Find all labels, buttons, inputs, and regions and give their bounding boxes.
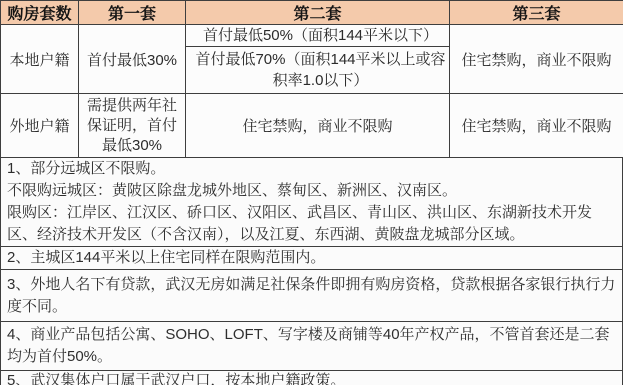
local-residence-label: 本地户籍 [1,25,79,94]
note-2-text: 2、主城区144平米以上住宅同样在限购范围内。 [7,247,325,269]
note-row-1: 1、部分远城区不限购。 不限购远城区：黄陂区除盘龙城外地区、蔡甸区、新洲区、汉南… [0,158,623,247]
header-second-home: 第二套 [186,1,450,25]
table-header-row: 购房套数 第一套 第二套 第三套 [1,1,623,25]
note-row-5: 5、武汉集体户口属于武汉户口，按本地户籍政策。 [0,371,623,385]
note-4-text: 4、商业产品包括公寓、SOHO、LOFT、写字楼及商铺等40年产权产品，不管首套… [7,324,618,368]
table-row-nonlocal: 外地户籍 需提供两年社保证明，首付最低30% 住宅禁购，商业不限购 住宅禁购，商… [1,94,623,158]
note-row-2: 2、主城区144平米以上住宅同样在限购范围内。 [0,247,623,270]
note-row-4: 4、商业产品包括公寓、SOHO、LOFT、写字楼及商铺等40年产权产品，不管首套… [0,322,623,371]
header-third-home: 第三套 [450,1,623,25]
housing-policy-page: 购房套数 第一套 第二套 第三套 本地户籍 首付最低30% 首付最低50%（面积… [0,0,623,385]
note-1-text: 1、部分远城区不限购。 不限购远城区：黄陂区除盘龙城外地区、蔡甸区、新洲区、汉南… [7,158,618,246]
nonlocal-residence-label: 外地户籍 [1,94,79,158]
nonlocal-second-home-policy: 住宅禁购，商业不限购 [186,94,450,158]
policy-notes-section: 1、部分远城区不限购。 不限购远城区：黄陂区除盘龙城外地区、蔡甸区、新洲区、汉南… [0,158,623,385]
local-second-home-under144-policy: 首付最低50%（面积144平米以下） [186,25,450,47]
local-second-home-over144-policy: 首付最低70%（面积144平米以上或容积率1.0以下） [186,47,450,94]
header-first-home: 第一套 [79,1,186,25]
header-purchase-count: 购房套数 [1,1,79,25]
nonlocal-third-home-policy: 住宅禁购，商业不限购 [450,94,623,158]
note-5-text: 5、武汉集体户口属于武汉户口，按本地户籍政策。 [7,372,345,385]
local-third-home-policy: 住宅禁购，商业不限购 [450,25,623,94]
nonlocal-first-home-policy: 需提供两年社保证明，首付最低30% [79,94,186,158]
housing-policy-table: 购房套数 第一套 第二套 第三套 本地户籍 首付最低30% 首付最低50%（面积… [0,0,623,158]
table-row-local-a: 本地户籍 首付最低30% 首付最低50%（面积144平米以下） 住宅禁购，商业不… [1,25,623,47]
local-first-home-policy: 首付最低30% [79,25,186,94]
note-3-text: 3、外地人名下有贷款，武汉无房如满足社保条件即拥有购房资格，贷款根据各家银行执行… [7,274,618,318]
note-row-3: 3、外地人名下有贷款，武汉无房如满足社保条件即拥有购房资格，贷款根据各家银行执行… [0,270,623,322]
